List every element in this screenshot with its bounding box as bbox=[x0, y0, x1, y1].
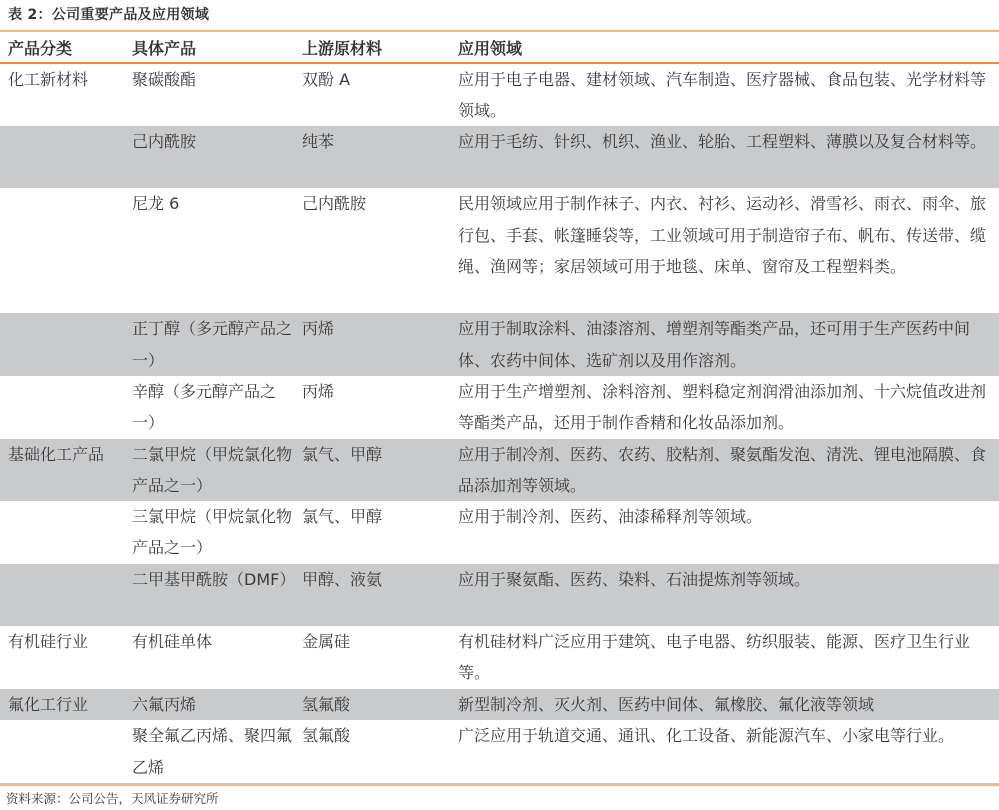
cell-application: 民用领域应用于制作袜子、内衣、衬衫、运动衫、滑雪衫、雨衣、雨伞、旅行包、手套、帐… bbox=[450, 188, 999, 313]
cell-product: 尼龙 6 bbox=[124, 188, 294, 313]
table-row: 己内酰胺 纯苯 应用于毛纺、针织、机织、渔业、轮胎、工程塑料、薄膜以及复合材料等… bbox=[0, 126, 999, 188]
cell-material: 氯气、甲醇 bbox=[294, 439, 450, 501]
cell-category: 化工新材料 bbox=[0, 63, 124, 126]
header-material: 上游原材料 bbox=[294, 31, 450, 63]
cell-material: 丙烯 bbox=[294, 376, 450, 439]
products-table: 产品分类 具体产品 上游原材料 应用领域 化工新材料 聚碳酸酯 双酚 A 应用于… bbox=[0, 30, 999, 786]
header-product: 具体产品 bbox=[124, 31, 294, 63]
cell-material: 甲醇、液氨 bbox=[294, 564, 450, 626]
cell-category: 氟化工行业 bbox=[0, 689, 124, 720]
cell-application: 新型制冷剂、灭火剂、医药中间体、氟橡胶、氟化液等领域 bbox=[450, 689, 999, 720]
header-category: 产品分类 bbox=[0, 31, 124, 63]
table-header-row: 产品分类 具体产品 上游原材料 应用领域 bbox=[0, 31, 999, 63]
source-note: 资料来源：公司公告，天风证券研究所 bbox=[6, 789, 219, 807]
table-row: 氟化工行业 六氟丙烯 氢氟酸 新型制冷剂、灭火剂、医药中间体、氟橡胶、氟化液等领… bbox=[0, 689, 999, 720]
cell-category bbox=[0, 188, 124, 313]
cell-application: 应用于电子电器、建材领域、汽车制造、医疗器械、食品包装、光学材料等领域。 bbox=[450, 63, 999, 126]
cell-product: 二甲基甲酰胺（DMF） bbox=[124, 564, 294, 626]
cell-application: 有机硅材料广泛应用于建筑、电子电器、纺织服装、能源、医疗卫生行业等。 bbox=[450, 626, 999, 689]
cell-category: 有机硅行业 bbox=[0, 626, 124, 689]
table-title: 表 2：公司重要产品及应用领域 bbox=[8, 4, 209, 24]
cell-application: 应用于生产增塑剂、涂料溶剂、塑料稳定剂润滑油添加剂、十六烷值改进剂等酯类产品，还… bbox=[450, 376, 999, 439]
cell-material: 氯气、甲醇 bbox=[294, 501, 450, 564]
cell-product: 辛醇（多元醇产品之一） bbox=[124, 376, 294, 439]
cell-application: 应用于聚氨酯、医药、染料、石油提炼剂等领域。 bbox=[450, 564, 999, 626]
cell-material: 双酚 A bbox=[294, 63, 450, 126]
cell-material: 氢氟酸 bbox=[294, 720, 450, 784]
cell-material: 丙烯 bbox=[294, 313, 450, 375]
table-row: 化工新材料 聚碳酸酯 双酚 A 应用于电子电器、建材领域、汽车制造、医疗器械、食… bbox=[0, 63, 999, 126]
cell-application: 应用于制冷剂、医药、油漆稀释剂等领域。 bbox=[450, 501, 999, 564]
cell-category bbox=[0, 313, 124, 375]
cell-application: 广泛应用于轨道交通、通讯、化工设备、新能源汽车、小家电等行业。 bbox=[450, 720, 999, 784]
table-row: 有机硅行业 有机硅单体 金属硅 有机硅材料广泛应用于建筑、电子电器、纺织服装、能… bbox=[0, 626, 999, 689]
table-row: 辛醇（多元醇产品之一） 丙烯 应用于生产增塑剂、涂料溶剂、塑料稳定剂润滑油添加剂… bbox=[0, 376, 999, 439]
cell-category bbox=[0, 501, 124, 564]
cell-material: 金属硅 bbox=[294, 626, 450, 689]
cell-category: 基础化工产品 bbox=[0, 439, 124, 501]
cell-application: 应用于制冷剂、医药、农药、胶粘剂、聚氨酯发泡、清洗、锂电池隔膜、食品添加剂等领域… bbox=[450, 439, 999, 501]
cell-product: 有机硅单体 bbox=[124, 626, 294, 689]
table-row: 正丁醇（多元醇产品之一） 丙烯 应用于制取涂料、油漆溶剂、增塑剂等酯类产品，还可… bbox=[0, 313, 999, 375]
cell-product: 聚全氟乙丙烯、聚四氟乙烯 bbox=[124, 720, 294, 784]
cell-product: 三氯甲烷（甲烷氯化物产品之一） bbox=[124, 501, 294, 564]
cell-category bbox=[0, 720, 124, 784]
cell-product: 正丁醇（多元醇产品之一） bbox=[124, 313, 294, 375]
table-row: 二甲基甲酰胺（DMF） 甲醇、液氨 应用于聚氨酯、医药、染料、石油提炼剂等领域。 bbox=[0, 564, 999, 626]
header-application: 应用领域 bbox=[450, 31, 999, 63]
table-row: 尼龙 6 己内酰胺 民用领域应用于制作袜子、内衣、衬衫、运动衫、滑雪衫、雨衣、雨… bbox=[0, 188, 999, 313]
cell-product: 己内酰胺 bbox=[124, 126, 294, 188]
cell-material: 纯苯 bbox=[294, 126, 450, 188]
cell-category bbox=[0, 126, 124, 188]
cell-product: 六氟丙烯 bbox=[124, 689, 294, 720]
cell-product: 聚碳酸酯 bbox=[124, 63, 294, 126]
cell-category bbox=[0, 564, 124, 626]
cell-application: 应用于制取涂料、油漆溶剂、增塑剂等酯类产品，还可用于生产医药中间体、农药中间体、… bbox=[450, 313, 999, 375]
cell-application: 应用于毛纺、针织、机织、渔业、轮胎、工程塑料、薄膜以及复合材料等。 bbox=[450, 126, 999, 188]
table-row: 基础化工产品 二氯甲烷（甲烷氯化物产品之一） 氯气、甲醇 应用于制冷剂、医药、农… bbox=[0, 439, 999, 501]
table-row: 聚全氟乙丙烯、聚四氟乙烯 氢氟酸 广泛应用于轨道交通、通讯、化工设备、新能源汽车… bbox=[0, 720, 999, 784]
table-row: 三氯甲烷（甲烷氯化物产品之一） 氯气、甲醇 应用于制冷剂、医药、油漆稀释剂等领域… bbox=[0, 501, 999, 564]
cell-category bbox=[0, 376, 124, 439]
cell-material: 氢氟酸 bbox=[294, 689, 450, 720]
cell-product: 二氯甲烷（甲烷氯化物产品之一） bbox=[124, 439, 294, 501]
cell-material: 己内酰胺 bbox=[294, 188, 450, 313]
